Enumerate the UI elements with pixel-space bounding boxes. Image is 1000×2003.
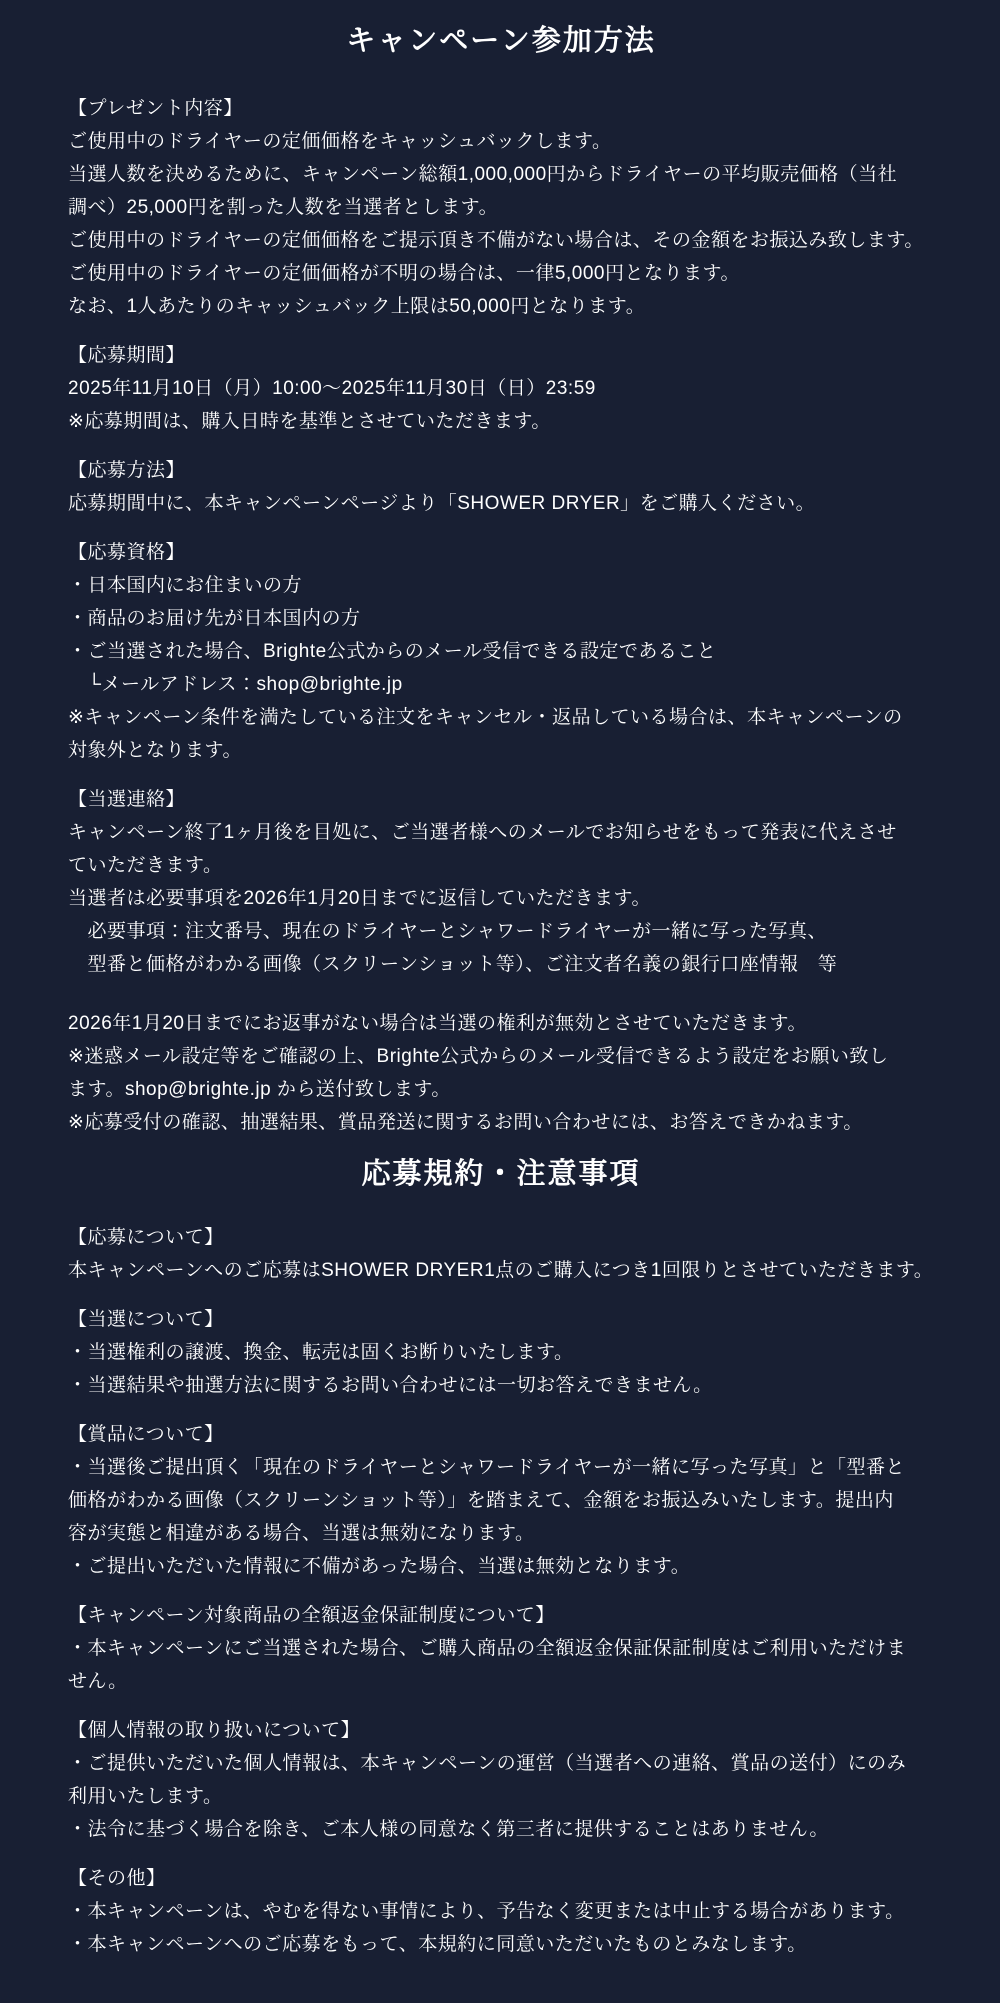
section: 【賞品について】・当選後ご提出頂く「現在のドライヤーとシャワードライヤーが一緒に… — [68, 1418, 934, 1583]
section-heading: 【キャンペーン対象商品の全額返金保証制度について】 — [68, 1599, 934, 1632]
section-line: 応募期間中に、本キャンペーンページより「SHOWER DRYER」をご購入くださ… — [68, 487, 934, 520]
section-line: ・ご提出いただいた情報に不備があった場合、当選は無効となります。 — [68, 1550, 934, 1583]
section-line: ・本キャンペーンは、やむを得ない事情により、予告なく変更または中止する場合があり… — [68, 1895, 934, 1928]
section-line: └メールアドレス：shop@brighte.jp — [68, 668, 934, 701]
section-line: なお、1人あたりのキャッシュバック上限は50,000円となります。 — [68, 290, 934, 323]
section-line: 容が実態と相違がある場合、当選は無効になります。 — [68, 1517, 934, 1550]
section-line: ・商品のお届け先が日本国内の方 — [68, 602, 934, 635]
section-line: せん。 — [68, 1665, 934, 1698]
section-heading: 【応募期間】 — [68, 339, 934, 372]
section-heading: 【その他】 — [68, 1862, 934, 1895]
section: 【応募期間】2025年11月10日（月）10:00〜2025年11月30日（日）… — [68, 339, 934, 438]
section-heading: 【個人情報の取り扱いについて】 — [68, 1714, 934, 1747]
section-line: ※応募受付の確認、抽選結果、賞品発送に関するお問い合わせには、お答えできかねます… — [68, 1106, 934, 1139]
terms-sections: 【応募について】本キャンペーンへのご応募はSHOWER DRYER1点のご購入に… — [68, 1221, 934, 1961]
section-line: ます。shop@brighte.jp から送付致します。 — [68, 1073, 934, 1106]
section-line: ・法令に基づく場合を除き、ご本人様の同意なく第三者に提供することはありません。 — [68, 1813, 934, 1846]
section-line: ご使用中のドライヤーの定価価格が不明の場合は、一律5,000円となります。 — [68, 257, 934, 290]
section-line: 必要事項：注文番号、現在のドライヤーとシャワードライヤーが一緒に写った写真、 — [68, 915, 934, 948]
section-line: ご使用中のドライヤーの定価価格をキャッシュバックします。 — [68, 125, 934, 158]
section-line: 2025年11月10日（月）10:00〜2025年11月30日（日）23:59 — [68, 372, 934, 405]
section-line: ※キャンペーン条件を満たしている注文をキャンセル・返品している場合は、本キャンペ… — [68, 701, 934, 734]
section-line: 対象外となります。 — [68, 734, 934, 767]
section-heading: 【当選について】 — [68, 1303, 934, 1336]
section-line: 本キャンペーンへのご応募はSHOWER DRYER1点のご購入につき1回限りとさ… — [68, 1254, 934, 1287]
section-line: キャンペーン終了1ヶ月後を目処に、ご当選者様へのメールでお知らせをもって発表に代… — [68, 816, 934, 849]
section-heading: 【応募について】 — [68, 1221, 934, 1254]
page-title-how-to-join: キャンペーン参加方法 — [68, 22, 934, 60]
section-line: 当選人数を決めるために、キャンペーン総額1,000,000円からドライヤーの平均… — [68, 158, 934, 191]
section-line: ていただきます。 — [68, 849, 934, 882]
section: 【個人情報の取り扱いについて】・ご提供いただいた個人情報は、本キャンペーンの運営… — [68, 1714, 934, 1846]
section: 【応募について】本キャンペーンへのご応募はSHOWER DRYER1点のご購入に… — [68, 1221, 934, 1287]
section-line: ・本キャンペーンにご当選された場合、ご購入商品の全額返金保証保証制度はご利用いた… — [68, 1632, 934, 1665]
section-line: 当選者は必要事項を2026年1月20日までに返信していただきます。 — [68, 882, 934, 915]
section-line: 利用いたします。 — [68, 1780, 934, 1813]
section-heading: 【当選連絡】 — [68, 783, 934, 816]
how-to-join-sections: 【プレゼント内容】ご使用中のドライヤーの定価価格をキャッシュバックします。当選人… — [68, 92, 934, 1139]
section-line: ・本キャンペーンへのご応募をもって、本規約に同意いただいたものとみなします。 — [68, 1928, 934, 1961]
section-line: ・日本国内にお住まいの方 — [68, 569, 934, 602]
section: 【当選について】・当選権利の譲渡、換金、転売は固くお断りいたします。・当選結果や… — [68, 1303, 934, 1402]
section-line: 2026年1月20日までにお返事がない場合は当選の権利が無効とさせていただきます… — [68, 1007, 934, 1040]
section-heading: 【応募資格】 — [68, 536, 934, 569]
section-heading: 【賞品について】 — [68, 1418, 934, 1451]
section: 【その他】・本キャンペーンは、やむを得ない事情により、予告なく変更または中止する… — [68, 1862, 934, 1961]
section-line: 価格がわかる画像（スクリーンショット等）」を踏まえて、金額をお振込みいたします。… — [68, 1484, 934, 1517]
section: 【キャンペーン対象商品の全額返金保証制度について】・本キャンペーンにご当選された… — [68, 1599, 934, 1698]
page-title-terms: 応募規約・注意事項 — [68, 1155, 934, 1193]
section-line: ・当選後ご提出頂く「現在のドライヤーとシャワードライヤーが一緒に写った写真」と「… — [68, 1451, 934, 1484]
section-line: ・当選結果や抽選方法に関するお問い合わせには一切お答えできません。 — [68, 1369, 934, 1402]
section-line: 調べ）25,000円を割った人数を当選者とします。 — [68, 191, 934, 224]
section: 【当選連絡】キャンペーン終了1ヶ月後を目処に、ご当選者様へのメールでお知らせをも… — [68, 783, 934, 1139]
section: 【応募資格】・日本国内にお住まいの方・商品のお届け先が日本国内の方・ご当選された… — [68, 536, 934, 767]
section-line: ※迷惑メール設定等をご確認の上、Brighte公式からのメール受信できるよう設定… — [68, 1040, 934, 1073]
section-line: ・当選権利の譲渡、換金、転売は固くお断りいたします。 — [68, 1336, 934, 1369]
section-heading: 【プレゼント内容】 — [68, 92, 934, 125]
section-heading: 【応募方法】 — [68, 454, 934, 487]
section-line: ・ご提供いただいた個人情報は、本キャンペーンの運営（当選者への連絡、賞品の送付）… — [68, 1747, 934, 1780]
section-line: ご使用中のドライヤーの定価価格をご提示頂き不備がない場合は、その金額をお振込み致… — [68, 224, 934, 257]
section-line: 型番と価格がわかる画像（スクリーンショット等）、ご注文者名義の銀行口座情報 等 — [68, 948, 934, 981]
section-line: ・ご当選された場合、Brighte公式からのメール受信できる設定であること — [68, 635, 934, 668]
campaign-terms-page: キャンペーン参加方法 【プレゼント内容】ご使用中のドライヤーの定価価格をキャッシ… — [0, 0, 1000, 2003]
section: 【応募方法】応募期間中に、本キャンペーンページより「SHOWER DRYER」を… — [68, 454, 934, 520]
section: 【プレゼント内容】ご使用中のドライヤーの定価価格をキャッシュバックします。当選人… — [68, 92, 934, 323]
section-line: ※応募期間は、購入日時を基準とさせていただきます。 — [68, 405, 934, 438]
blank-line — [68, 981, 934, 1007]
